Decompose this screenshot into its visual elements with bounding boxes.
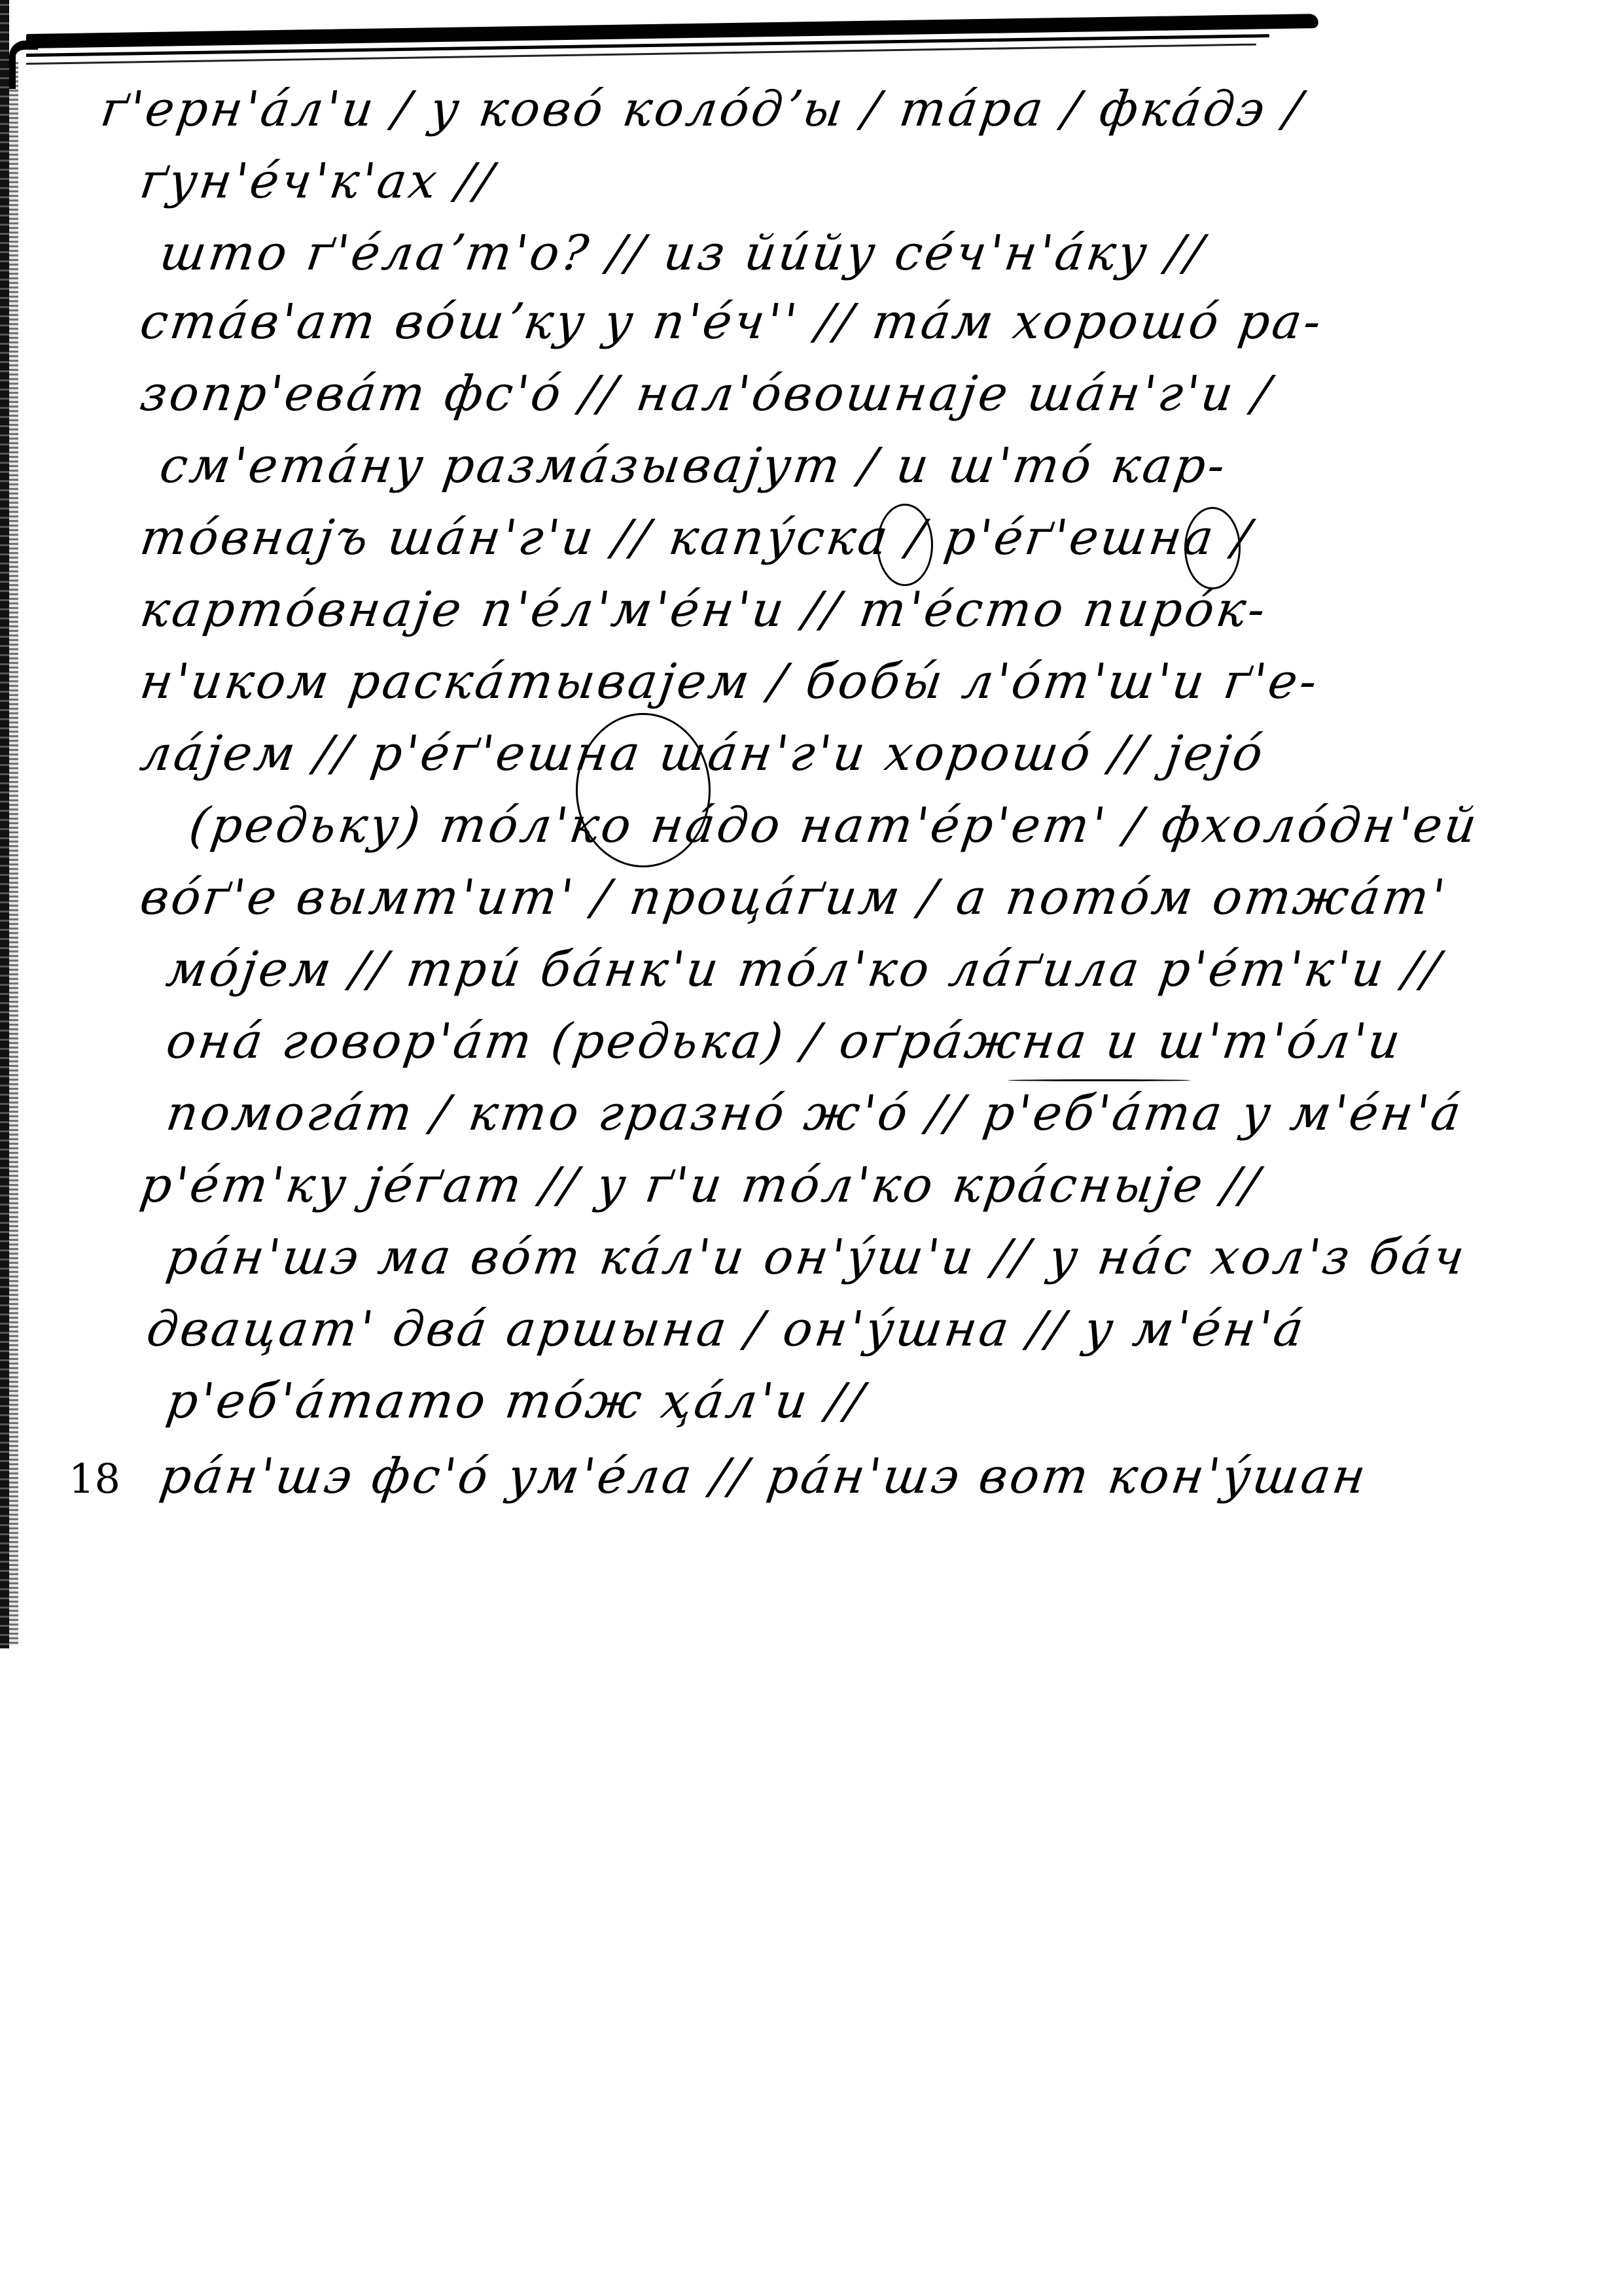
- text-line-6: см'ета́ну разма́зываjут / и ш'то́ кар-: [157, 442, 1231, 490]
- margin-line-number: 18: [69, 1459, 120, 1499]
- text-line-14: она́ говор'а́т (редька) / оґра́жна и ш'т…: [164, 1017, 1405, 1066]
- text-line-8: карто́внаје п'е́л'м'е́н'и // т'е́сто пир…: [137, 585, 1271, 634]
- text-line-1: ґ'ерн'а́л'и / у ково́ коло́дʼы / та́ра /…: [98, 85, 1307, 133]
- text-line-11: (редьку) то́л'ко на́до нат'е́р'ет' / фхо…: [186, 801, 1482, 850]
- binder-edge: [0, 0, 9, 1648]
- text-line-13: мо́jем // три́ ба́нк'и то́л'ко ла́ґила р…: [164, 945, 1445, 994]
- text-line-3: што ґ'е́лаʼт'о? // из йи́йу се́ч'н'а́ку …: [157, 229, 1209, 277]
- text-line-16: р'е́т'ку је́ґат // у ґ'и то́л'ко кра́сны…: [137, 1161, 1264, 1209]
- text-line-7: то́внајъ ша́н'г'и // капу́ска / р'е́ґ'еш…: [137, 513, 1256, 562]
- text-line-20: ра́н'шэ фс'о́ ум'е́ла // ра́н'шэ вот кон…: [157, 1452, 1371, 1501]
- text-line-17: ра́н'шэ ма во́т ка́л'и он'у́ш'и // у на́…: [164, 1233, 1470, 1281]
- text-line-2: ґун'е́ч'к'ах //: [137, 157, 498, 205]
- text-line-9: н'иком раска́тываjем / бобы́ л'о́т'ш'и ґ…: [137, 657, 1322, 706]
- text-line-19: р'еб'а́тато то́ж ҳа́л'и //: [164, 1377, 869, 1425]
- underline-annotation: [1008, 1079, 1191, 1081]
- text-line-5: зопр'ева́т фс'о́ // нал'о́вошнаје ша́н'г…: [137, 370, 1275, 418]
- scanned-page: ґ'ерн'а́л'и / у ково́ коло́дʼы / та́ра /…: [0, 0, 1607, 2296]
- binder-edge-shadow: [9, 62, 18, 1645]
- text-line-15: помога́т / кто гразно́ ж'о́ // р'еб'а́та…: [164, 1089, 1466, 1138]
- circle-annotation-1: [877, 504, 933, 586]
- text-line-12: во́ґ'е вымт'ит' / проца́ґим / а пото́м о…: [137, 873, 1451, 922]
- text-line-4: ста́в'ат во́шʼку у п'е́ч'' // та́м хорош…: [137, 298, 1326, 346]
- text-line-18: двацат' два́ аршына / он'у́шна // у м'е́…: [144, 1305, 1309, 1353]
- circle-annotation-3: [576, 713, 711, 867]
- circle-annotation-2: [1184, 507, 1241, 589]
